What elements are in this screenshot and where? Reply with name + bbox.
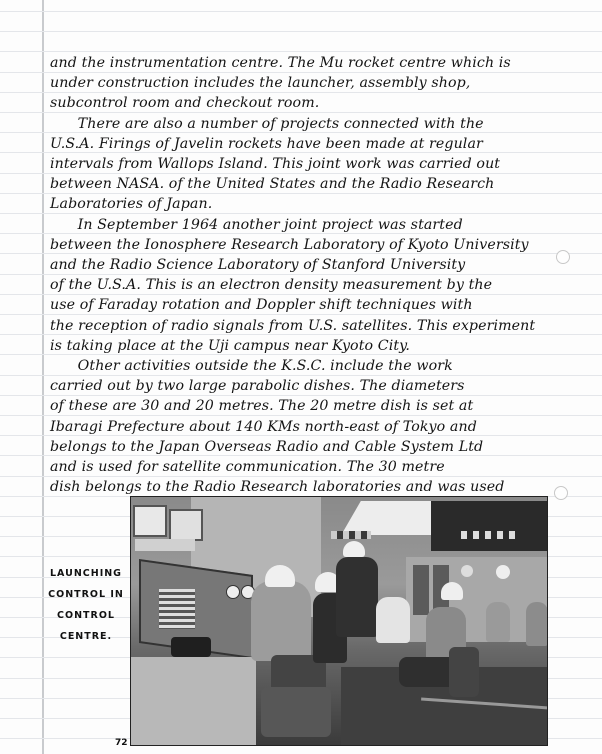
text-line: Other activities outside the K.S.C. incl…: [50, 357, 600, 375]
text-line: is taking place at the Uji campus near K…: [50, 337, 600, 355]
punch-hole: [556, 250, 570, 264]
text-line: carried out by two large parabolic dishe…: [50, 377, 600, 395]
photo-caption: LAUNCHING CONTROL IN CONTROL CENTRE.: [44, 563, 128, 647]
control-room-photo: [130, 496, 548, 746]
ruled-line: [0, 31, 602, 32]
page-number: 72: [115, 738, 128, 748]
text-line: between the Ionosphere Research Laborato…: [50, 236, 600, 254]
text-line: and the instrumentation centre. The Mu r…: [50, 54, 600, 72]
text-line: of the U.S.A. This is an electron densit…: [50, 276, 600, 294]
text-line: belongs to the Japan Overseas Radio and …: [50, 438, 600, 456]
caption-line: CONTROL IN: [44, 584, 128, 605]
text-line: of these are 30 and 20 metres. The 20 me…: [50, 397, 600, 415]
ruled-line: [0, 274, 602, 275]
text-line: subcontrol room and checkout room.: [50, 94, 600, 112]
text-line: and is used for satellite communication.…: [50, 458, 600, 476]
text-line: the reception of radio signals from U.S.…: [50, 317, 600, 335]
notebook-page: and the instrumentation centre. The Mu r…: [0, 0, 602, 754]
text-line: intervals from Wallops Island. This join…: [50, 155, 600, 173]
text-line: In September 1964 another joint project …: [50, 216, 600, 234]
text-line: dish belongs to the Radio Research labor…: [50, 478, 600, 496]
punch-hole: [554, 486, 568, 500]
text-line: There are also a number of projects conn…: [50, 115, 600, 133]
ruled-line: [0, 375, 602, 376]
text-line: U.S.A. Firings of Javelin rockets have b…: [50, 135, 600, 153]
caption-line: CENTRE.: [44, 626, 128, 647]
ruled-line: [0, 11, 602, 12]
ruled-line: [0, 72, 602, 73]
text-line: under construction includes the launcher…: [50, 74, 600, 92]
ruled-line: [0, 51, 602, 52]
text-line: Ibaragi Prefecture about 140 KMs north-e…: [50, 418, 600, 436]
ruled-line: [0, 173, 602, 174]
caption-line: CONTROL: [44, 605, 128, 626]
text-line: use of Faraday rotation and Doppler shif…: [50, 296, 600, 314]
text-line: between NASA. of the United States and t…: [50, 175, 600, 193]
caption-line: LAUNCHING: [44, 563, 128, 584]
ruled-line: [0, 476, 602, 477]
text-line: and the Radio Science Laboratory of Stan…: [50, 256, 600, 274]
text-line: Laboratories of Japan.: [50, 195, 600, 213]
